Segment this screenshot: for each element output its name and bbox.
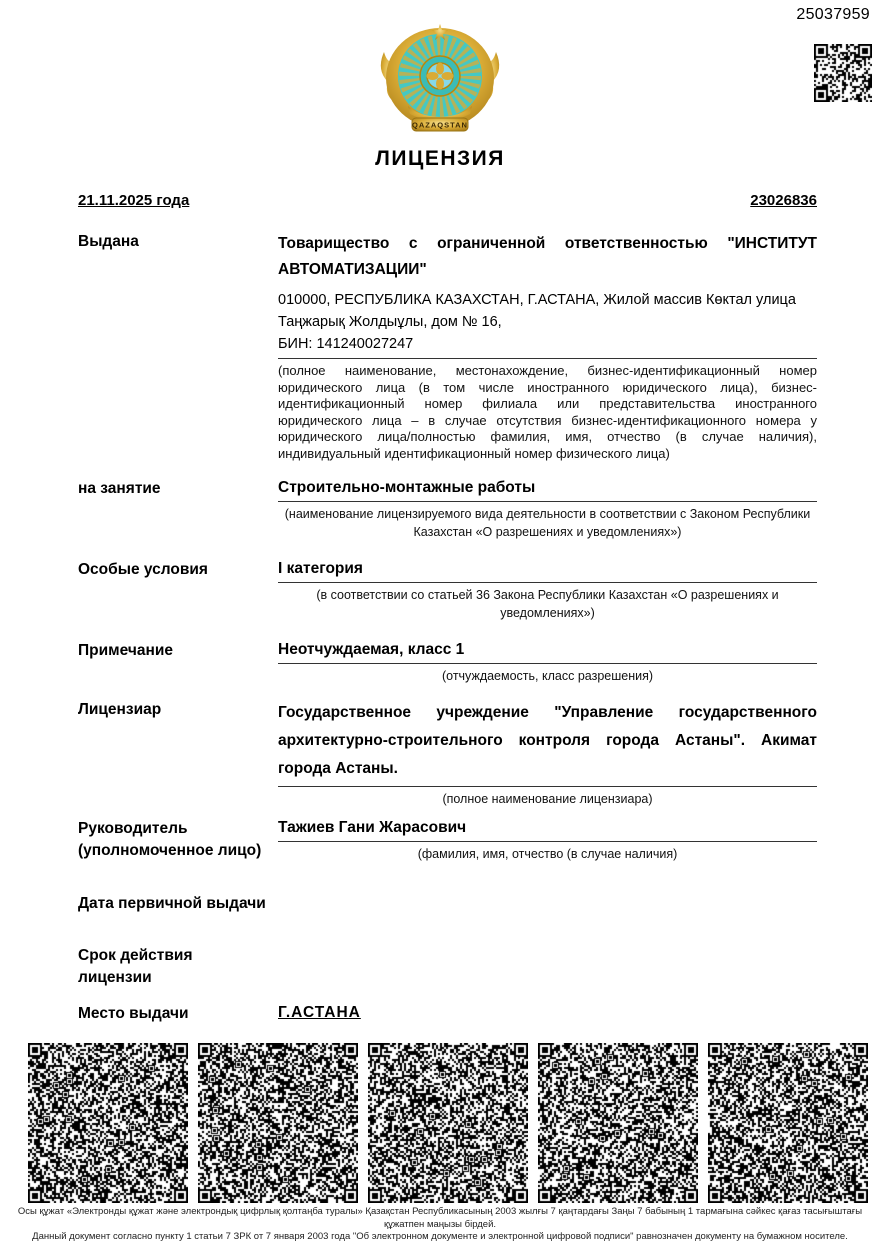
barcode-block [368, 1043, 528, 1203]
field-place-of-issue: Место выдачи Г.АСТАНА [78, 1003, 817, 1025]
field-licensor-value: Государственное учреждение "Управление г… [278, 699, 817, 783]
field-first-issue-date: Дата первичной выдачи [78, 893, 817, 915]
field-special-conditions: Особые условия I категория (в соответств… [78, 559, 817, 622]
field-licensor: Лицензиар Государственное учреждение "Уп… [78, 699, 817, 808]
field-place-of-issue-value: Г.АСТАНА [278, 1003, 817, 1023]
legal-footer-line-ru: Данный документ согласно пункту 1 статьи… [8, 1231, 872, 1244]
date-number-row: 21.11.2025 года 23026836 [78, 192, 817, 209]
field-note-value-block: Неотчуждаемая, класс 1 (отчуждаемость, к… [278, 640, 817, 685]
field-issued-to-caption: (полное наименование, местонахождение, б… [278, 359, 817, 462]
field-head-label-line2: (уполномоченное лицо) [78, 840, 268, 862]
page-title: ЛИЦЕНЗИЯ [0, 147, 880, 171]
field-licensor-label: Лицензиар [78, 699, 278, 721]
field-head-caption: (фамилия, имя, отчество (в случае наличи… [278, 842, 817, 863]
field-head-value-block: Тажиев Гани Жарасович (фамилия, имя, отч… [278, 818, 817, 863]
field-issued-to-address: 010000, РЕСПУБЛИКА КАЗАХСТАН, Г.АСТАНА, … [278, 289, 817, 333]
license-number: 23026836 [750, 192, 817, 209]
field-place-of-issue-label: Место выдачи [78, 1003, 278, 1025]
document-id: 25037959 [796, 6, 870, 24]
field-validity-label-line2: лицензии [78, 967, 268, 989]
field-head-label: Руководитель (уполномоченное лицо) [78, 818, 278, 862]
legal-footer-line-kk: Осы құжат «Электронды құжат және электро… [8, 1206, 872, 1231]
field-note-value: Неотчуждаемая, класс 1 [278, 640, 817, 660]
license-document: 25037959 QAZAQSTAN ЛИЦЕНЗИЯ [0, 0, 880, 1245]
field-issued-to: Выдана Товарищество с ограниченной ответ… [78, 231, 817, 462]
field-licensor-caption: (полное наименование лицензиара) [278, 787, 817, 808]
field-activity-label: на занятие [78, 478, 278, 500]
kazakhstan-emblem: QAZAQSTAN [374, 22, 506, 136]
barcode-block [708, 1043, 868, 1203]
field-special-conditions-value-block: I категория (в соответствии со статьей 3… [278, 559, 817, 622]
emblem-banner-text: QAZAQSTAN [412, 121, 468, 130]
field-note-label: Примечание [78, 640, 278, 662]
qr-code [814, 44, 872, 102]
field-head: Руководитель (уполномоченное лицо) Тажие… [78, 818, 817, 863]
barcode-block [198, 1043, 358, 1203]
field-activity-value-block: Строительно-монтажные работы (наименован… [278, 478, 817, 541]
field-issued-to-value-block: Товарищество с ограниченной ответственно… [278, 231, 817, 462]
barcode-block [28, 1043, 188, 1203]
field-special-conditions-label: Особые условия [78, 559, 278, 581]
field-note: Примечание Неотчуждаемая, класс 1 (отчуж… [78, 640, 817, 685]
field-activity-value: Строительно-монтажные работы [278, 478, 817, 498]
field-activity-caption: (наименование лицензируемого вида деятел… [278, 502, 817, 541]
issue-date: 21.11.2025 года [78, 192, 189, 209]
field-head-label-line1: Руководитель [78, 818, 268, 840]
barcode-block [538, 1043, 698, 1203]
field-issued-to-value: Товарищество с ограниченной ответственно… [278, 231, 817, 283]
field-validity-label: Срок действия лицензии [78, 945, 278, 989]
field-special-conditions-value: I категория [278, 559, 817, 579]
field-special-conditions-caption: (в соответствии со статьей 36 Закона Рес… [278, 583, 817, 622]
field-note-caption: (отчуждаемость, класс разрешения) [278, 664, 817, 685]
field-issued-to-label: Выдана [78, 231, 278, 253]
field-activity: на занятие Строительно-монтажные работы … [78, 478, 817, 541]
field-issued-to-bin: БИН: 141240027247 [278, 333, 817, 355]
license-body: 21.11.2025 года 23026836 Выдана Товарище… [78, 188, 817, 1025]
field-licensor-value-block: Государственное учреждение "Управление г… [278, 699, 817, 808]
field-first-issue-date-label: Дата первичной выдачи [78, 893, 348, 915]
legal-footer: Осы құжат «Электронды құжат және электро… [8, 1206, 872, 1244]
field-head-value: Тажиев Гани Жарасович [278, 818, 817, 838]
signature-barcode-strip [28, 1043, 868, 1203]
field-validity-label-line1: Срок действия [78, 945, 268, 967]
field-validity: Срок действия лицензии [78, 945, 817, 989]
